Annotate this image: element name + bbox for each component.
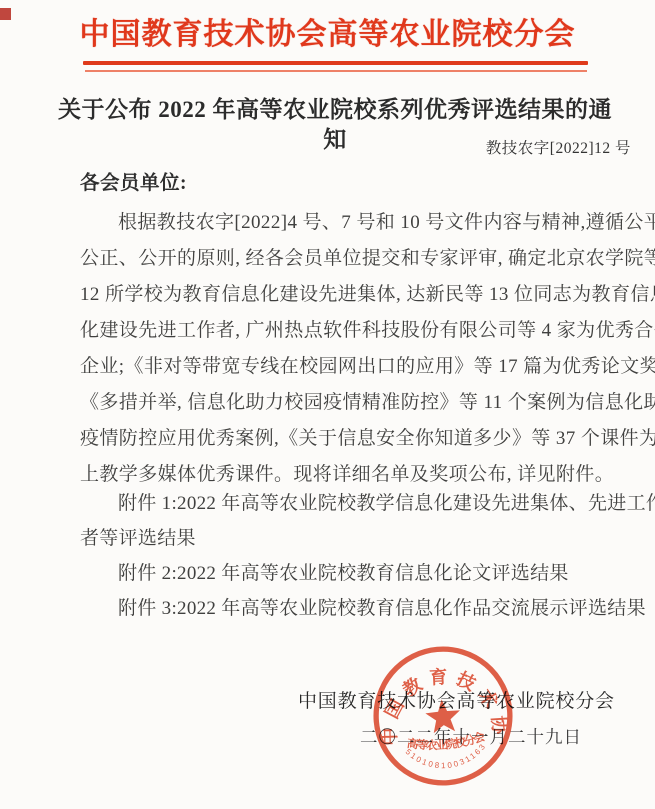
attachment-line: 附件 2:2022 年高等农业院校教育信息化论文评选结果 [80,556,632,591]
document-number: 教技农字[2022]12 号 [486,136,631,158]
signature-org-name: 中国教育技术协会高等农业院校分会 [298,686,618,713]
body-line: 疫情防控应用优秀案例,《关于信息安全你知道多少》等 37 个课件为线 [80,421,632,457]
organization-header: 中国教育技术协会高等农业院校分会 [40,16,615,54]
body-line: 根据教技农字[2022]4 号、7 号和 10 号文件内容与精神,遵循公平、 [80,205,632,241]
body-line: 12 所学校为教育信息化建设先进集体, 达新民等 13 位同志为教育信息 [80,277,632,313]
body-paragraph: 根据教技农字[2022]4 号、7 号和 10 号文件内容与精神,遵循公平、 公… [80,205,632,493]
salutation: 各会员单位: [80,167,187,195]
attachment-line: 附件 3:2022 年高等农业院校教育信息化作品交流展示评选结果 [80,591,632,626]
attachments-list: 附件 1:2022 年高等农业院校教学信息化建设先进集体、先进工作 者等评选结果… [80,486,632,626]
body-line: 公正、公开的原则, 经各会员单位提交和专家评审, 确定北京农学院等 [80,241,632,277]
seal-ring [371,644,516,789]
body-line: 化建设先进工作者, 广州热点软件科技股份有限公司等 4 家为优秀合作 [80,313,632,349]
official-seal: 中国教育技术协会 高等农业院校分会 51010810031163 [361,634,526,799]
body-line: 《多措并举, 信息化助力校园疫情精准防控》等 11 个案例为信息化助力 [80,385,632,421]
attachment-line: 附件 1:2022 年高等农业院校教学信息化建设先进集体、先进工作 [80,486,632,521]
scanned-notice-document: 中国教育技术协会高等农业院校分会 关于公布 2022 年高等农业院校系列优秀评选… [0,0,655,809]
body-line: 企业;《非对等带宽专线在校园网出口的应用》等 17 篇为优秀论文奖; [80,349,632,385]
header-rule-thick [83,61,588,65]
scan-artifact-mark [0,8,11,20]
header-rule-thin [85,70,587,72]
attachment-line: 者等评选结果 [80,521,632,556]
signature-date: 二〇二二年十一月二十九日 [360,724,575,749]
